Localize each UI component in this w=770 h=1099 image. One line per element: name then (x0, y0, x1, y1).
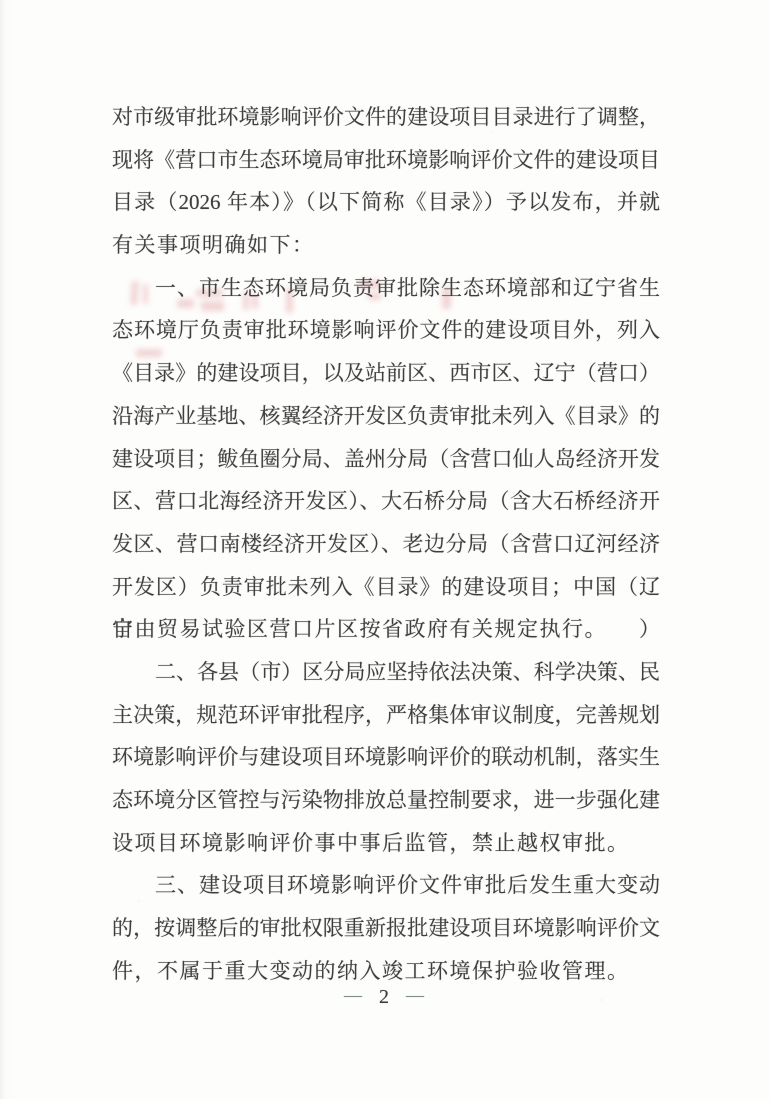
text-line: 设项目环境影响评价事中事后监管，禁止越权审批。 (112, 822, 660, 865)
text-line: 态环境厅负责审批环境影响评价文件的建设项目外，列入 (112, 309, 660, 352)
text-line: 环境影响评价与建设项目环境影响评价的联动机制，落实生 (112, 736, 660, 779)
page-number: — 2 — (0, 986, 770, 1009)
text-line: 的，按调整后的审批权限重新报批建设项目环境影响评价文 (112, 907, 660, 950)
text-line: 有关事项明确如下： (112, 224, 660, 267)
text-line: 区、营口北海经济开发区）、大石桥分局（含大石桥经济开 (112, 480, 660, 523)
text-line: 自由贸易试验区营口片区按省政府有关规定执行。 (112, 608, 660, 651)
text-line: 一、市生态环境局负责审批除生态环境部和辽宁省生 (112, 267, 660, 310)
text-line: 态环境分区管控与污染物排放总量控制要求，进一步强化建 (112, 779, 660, 822)
text-line: 开发区）负责审批未列入《目录》的建设项目；中国（辽宁） (112, 566, 660, 609)
document-page: 对市级审批环境影响评价文件的建设项目目录进行了调整，现将《营口市生态环境局审批环… (0, 0, 770, 1099)
text-line: 建设项目；鲅鱼圈分局、盖州分局（含营口仙人岛经济开发 (112, 438, 660, 481)
text-line: 发区、营口南楼经济开发区）、老边分局（含营口辽河经济 (112, 523, 660, 566)
page-number-value: 2 (379, 986, 391, 1008)
page-number-dash-left: — (344, 985, 364, 1005)
text-line: 二、各县（市）区分局应坚持依法决策、科学决策、民 (112, 651, 660, 694)
text-line: 沿海产业基地、核翼经济开发区负责审批未列入《目录》的 (112, 395, 660, 438)
text-line: 现将《营口市生态环境局审批环境影响评价文件的建设项目 (112, 139, 660, 182)
text-line: 对市级审批环境影响评价文件的建设项目目录进行了调整， (112, 96, 660, 139)
page-number-dash-right: — (406, 985, 426, 1005)
text-line: 目录（2026 年本）》（以下简称《目录》）予以发布，并就 (112, 181, 660, 224)
text-line: 三、建设项目环境影响评价文件审批后发生重大变动 (112, 864, 660, 907)
text-line: 主决策，规范环评审批程序，严格集体审议制度，完善规划 (112, 694, 660, 737)
document-body: 对市级审批环境影响评价文件的建设项目目录进行了调整，现将《营口市生态环境局审批环… (112, 96, 660, 992)
text-line: 《目录》的建设项目，以及站前区、西市区、辽宁（营口） (112, 352, 660, 395)
